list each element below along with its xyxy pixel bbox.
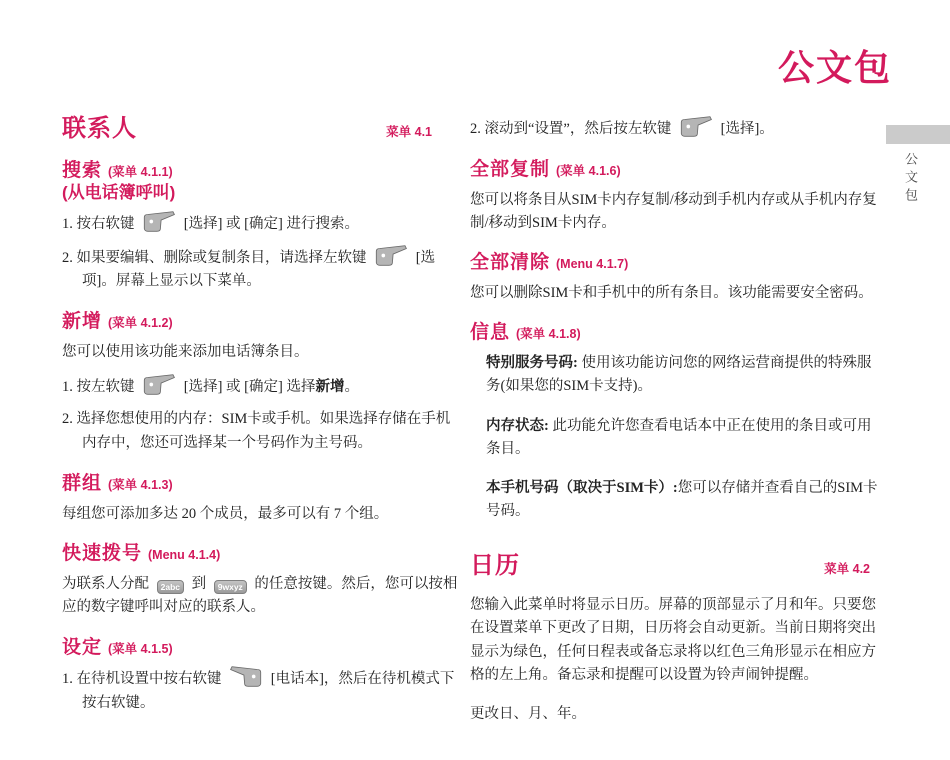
settings-step-2-pre: 2. 滚动到“设置”，然后按左软键 (470, 121, 671, 137)
groups-heading: 群组 (62, 473, 102, 494)
delete-all-heading-row: 全部清除(Menu 4.1.7) (470, 253, 878, 274)
left-softkey-icon (374, 245, 408, 266)
info-entry-service-numbers: 特别服务号码: 使用该功能访问您的网络运营商提供的特殊服务(如果您的SIM卡支持… (486, 352, 878, 398)
right-softkey-icon (229, 666, 263, 687)
add-new-step-1: 1. 按左软键 [选择] 或 [确定] 选择新增。 (62, 374, 458, 400)
contacts-menu-ref: 菜单 4.1 (386, 122, 458, 140)
settings-step-2-post: [选择]。 (721, 121, 774, 137)
add-new-menu-ref: (菜单 4.1.2) (108, 316, 173, 330)
calendar-menu-ref: 菜单 4.2 (824, 559, 878, 577)
search-step-2: 2. 如果要编辑、删除或复制条目，请选择左软键 [选项]。屏幕上显示以下菜单。 (62, 245, 458, 295)
speed-dial-mid: 到 (192, 576, 207, 592)
keypad-key-9-icon: 9wxyz (214, 580, 247, 594)
calendar-body: 您输入此菜单时将显示日历。屏幕的顶部显示了月和年。只要您在设置菜单下更改了日期，… (470, 594, 878, 687)
add-new-heading: 新增 (62, 311, 102, 332)
copy-all-body: 您可以将条目从SIM卡内存复制/移动到手机内存或从手机内存复制/移动到SIM卡内… (470, 189, 878, 235)
add-new-step-1-bold: 新增 (315, 379, 344, 395)
settings-heading-row: 设定(菜单 4.1.5) (62, 638, 458, 659)
settings-step-1-pre: 1. 在待机设置中按右软键 (62, 671, 222, 687)
delete-all-menu-ref: (Menu 4.1.7) (556, 257, 628, 271)
search-subheading: (从电话簿呼叫) (62, 184, 458, 203)
search-step-1: 1. 按右软键 [选择] 或 [确定] 进行搜索。 (62, 211, 458, 237)
search-step-1-text-post: [选择] 或 [确定] 进行搜索。 (184, 216, 359, 232)
left-softkey-icon (679, 116, 713, 137)
add-new-step-1-mid: [选择] 或 [确定] 选择 (184, 379, 316, 395)
information-menu-ref: (菜单 4.1.8) (516, 327, 581, 341)
information-heading-row: 信息(菜单 4.1.8) (470, 323, 878, 344)
add-new-intro: 您可以使用该功能来添加电话簿条目。 (62, 341, 458, 364)
calendar-heading: 日历 (470, 545, 520, 580)
left-column: 联系人 菜单 4.1 搜索(菜单 4.1.1) (从电话簿呼叫) 1. 按右软键… (62, 108, 458, 724)
groups-body: 每组您可添加多达 20 个成员，最多可以有 7 个组。 (62, 503, 458, 526)
search-heading-row: 搜索(菜单 4.1.1) (从电话簿呼叫) (62, 161, 458, 203)
side-tab-label: 公文包 (901, 152, 920, 206)
delete-all-heading: 全部清除 (470, 252, 550, 273)
speed-dial-heading-row: 快速拨号(Menu 4.1.4) (62, 544, 458, 565)
add-new-step-2: 2. 选择您想使用的内存：SIM卡或手机。如果选择存储在手机内存中，您还可选择某… (62, 408, 458, 456)
delete-all-body: 您可以删除SIM卡和手机中的所有条目。该功能需要安全密码。 (470, 282, 878, 305)
add-new-step-1-end: 。 (344, 379, 359, 395)
add-new-heading-row: 新增(菜单 4.1.2) (62, 312, 458, 333)
info-entry-own-number: 本手机号码（取决于SIM卡）:您可以存储并查看自己的SIM卡号码。 (486, 477, 878, 523)
settings-menu-ref: (菜单 4.1.5) (108, 642, 173, 656)
contacts-heading-row: 联系人 菜单 4.1 (62, 108, 458, 143)
speed-dial-pre: 为联系人分配 (62, 576, 149, 592)
page-title: 公文包 (778, 40, 892, 91)
search-step-1-text-pre: 1. 按右软键 (62, 216, 135, 232)
info-entry-memory-status: 内存状态: 此功能允许您查看电话本中正在使用的条目或可用条目。 (486, 415, 878, 461)
groups-menu-ref: (菜单 4.1.3) (108, 478, 173, 492)
speed-dial-body: 为联系人分配 2abc 到 9wxyz 的任意按键。然后，您可以按相应的数字键呼… (62, 573, 458, 619)
info-entry-label: 内存状态 (486, 418, 544, 434)
left-softkey-icon (142, 211, 176, 232)
info-entry-label: 本手机号码（取决于SIM卡） (486, 480, 673, 496)
keypad-key-2-icon: 2abc (157, 580, 184, 594)
search-heading: 搜索 (62, 160, 102, 181)
left-softkey-icon (142, 374, 176, 395)
copy-all-heading-row: 全部复制(菜单 4.1.6) (470, 160, 878, 181)
info-entry-label: 特别服务号码 (486, 355, 573, 371)
copy-all-heading: 全部复制 (470, 159, 550, 180)
groups-heading-row: 群组(菜单 4.1.3) (62, 474, 458, 495)
calendar-footer: 更改日、月、年。 (470, 703, 878, 726)
copy-all-menu-ref: (菜单 4.1.6) (556, 164, 621, 178)
search-menu-ref: (菜单 4.1.1) (108, 165, 173, 179)
settings-heading: 设定 (62, 637, 102, 658)
side-tab (886, 125, 950, 144)
settings-step-2: 2. 滚动到“设置”，然后按左软键 [选择]。 (470, 116, 878, 142)
settings-step-1: 1. 在待机设置中按右软键 [电话本]，然后在待机模式下按右软键。 (62, 666, 458, 716)
add-new-step-1-pre: 1. 按左软键 (62, 379, 135, 395)
calendar-heading-row: 日历 菜单 4.2 (470, 545, 878, 580)
speed-dial-menu-ref: (Menu 4.1.4) (148, 548, 220, 562)
contacts-heading: 联系人 (62, 108, 137, 143)
right-column: 2. 滚动到“设置”，然后按左软键 [选择]。 全部复制(菜单 4.1.6) 您… (470, 108, 878, 736)
search-step-2-text-pre: 2. 如果要编辑、删除或复制条目，请选择左软键 (62, 250, 367, 266)
speed-dial-heading: 快速拨号 (62, 543, 142, 564)
information-heading: 信息 (470, 322, 510, 343)
